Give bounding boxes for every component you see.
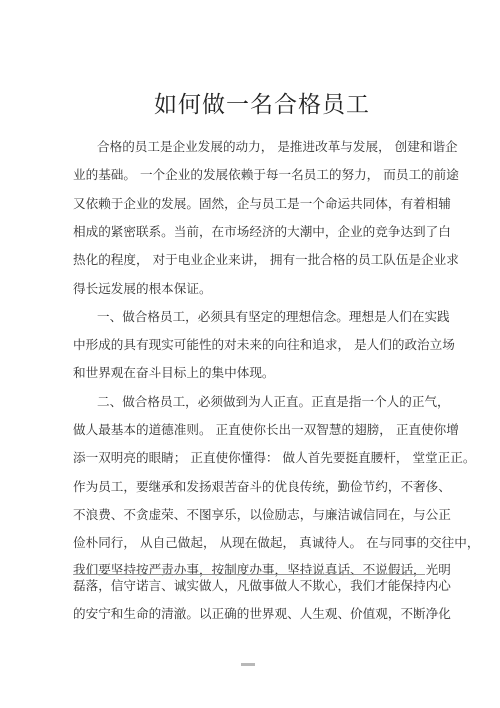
text-line: 做人最基本的道德准则。 正直使你长出一双智慧的翅膀， 正直使你增 bbox=[73, 423, 459, 437]
text-line: 合格的员工是企业发展的动力， 是推进改革与发展， 创建和谐企 bbox=[97, 140, 458, 154]
page-footer-mark bbox=[241, 663, 255, 666]
text-line: 相成的紧密联系。当前，在市场经济的大潮中，企业的竞争达到了白 bbox=[73, 225, 451, 239]
text-line: 添一双明亮的眼睛； 正直使你懂得： 做人首先要挺直腰杆， 堂堂正正。 bbox=[73, 451, 475, 465]
document-page: 如何做一名合格员工 合格的员工是企业发展的动力， 是推进改革与发展， 创建和谐企… bbox=[0, 0, 500, 708]
text-line: 热化的程度， 对于电业企业来讲， 拥有一批合格的员工队伍是企业求 bbox=[73, 253, 459, 267]
text-line: 不浪费、不贪虚荣、不图享乐，以俭励志，与廉洁诚信同在，与公正 bbox=[73, 508, 451, 522]
text-line: 俭朴同行， 从自己做起， 从现在做起， 真诚待人。 在与同事的交往中， bbox=[73, 536, 479, 550]
text-line: 中形成的具有现实可能性的对未来的向往和追求， 是人们的政治立场 bbox=[73, 338, 455, 352]
text-line: 的安宁和生命的清澈。以正确的世界观、人生观、价值观，不断净化 bbox=[73, 607, 451, 621]
text-line: 二、做合格员工，必须做到为人正直。正直是指一个人的正气， bbox=[97, 395, 450, 409]
text-line: 业的基础。 一个企业的发展依赖于每一名员工的努力， 而员工的前途 bbox=[73, 168, 459, 182]
text-line: 又依赖于企业的发展。固然，企与员工是一个命运共同体，有着相辅 bbox=[73, 197, 451, 211]
text-line: 和世界观在奋斗目标上的集中体现。 bbox=[73, 366, 275, 380]
document-title: 如何做一名合格员工 bbox=[0, 86, 500, 119]
text-line: 作为员工，要继承和发扬艰苦奋斗的优良传统，勤俭节约，不奢侈、 bbox=[73, 480, 451, 494]
horizontal-rule bbox=[73, 574, 425, 575]
text-line: 得长远发展的根本保证。 bbox=[73, 282, 212, 296]
text-line: 一、做合格员工，必须具有坚定的理想信念。理想是人们在实践 bbox=[97, 310, 450, 324]
text-line: 磊落，信守诺言、诚实做人，凡做事做人不欺心，我们才能保持内心 bbox=[73, 579, 451, 593]
